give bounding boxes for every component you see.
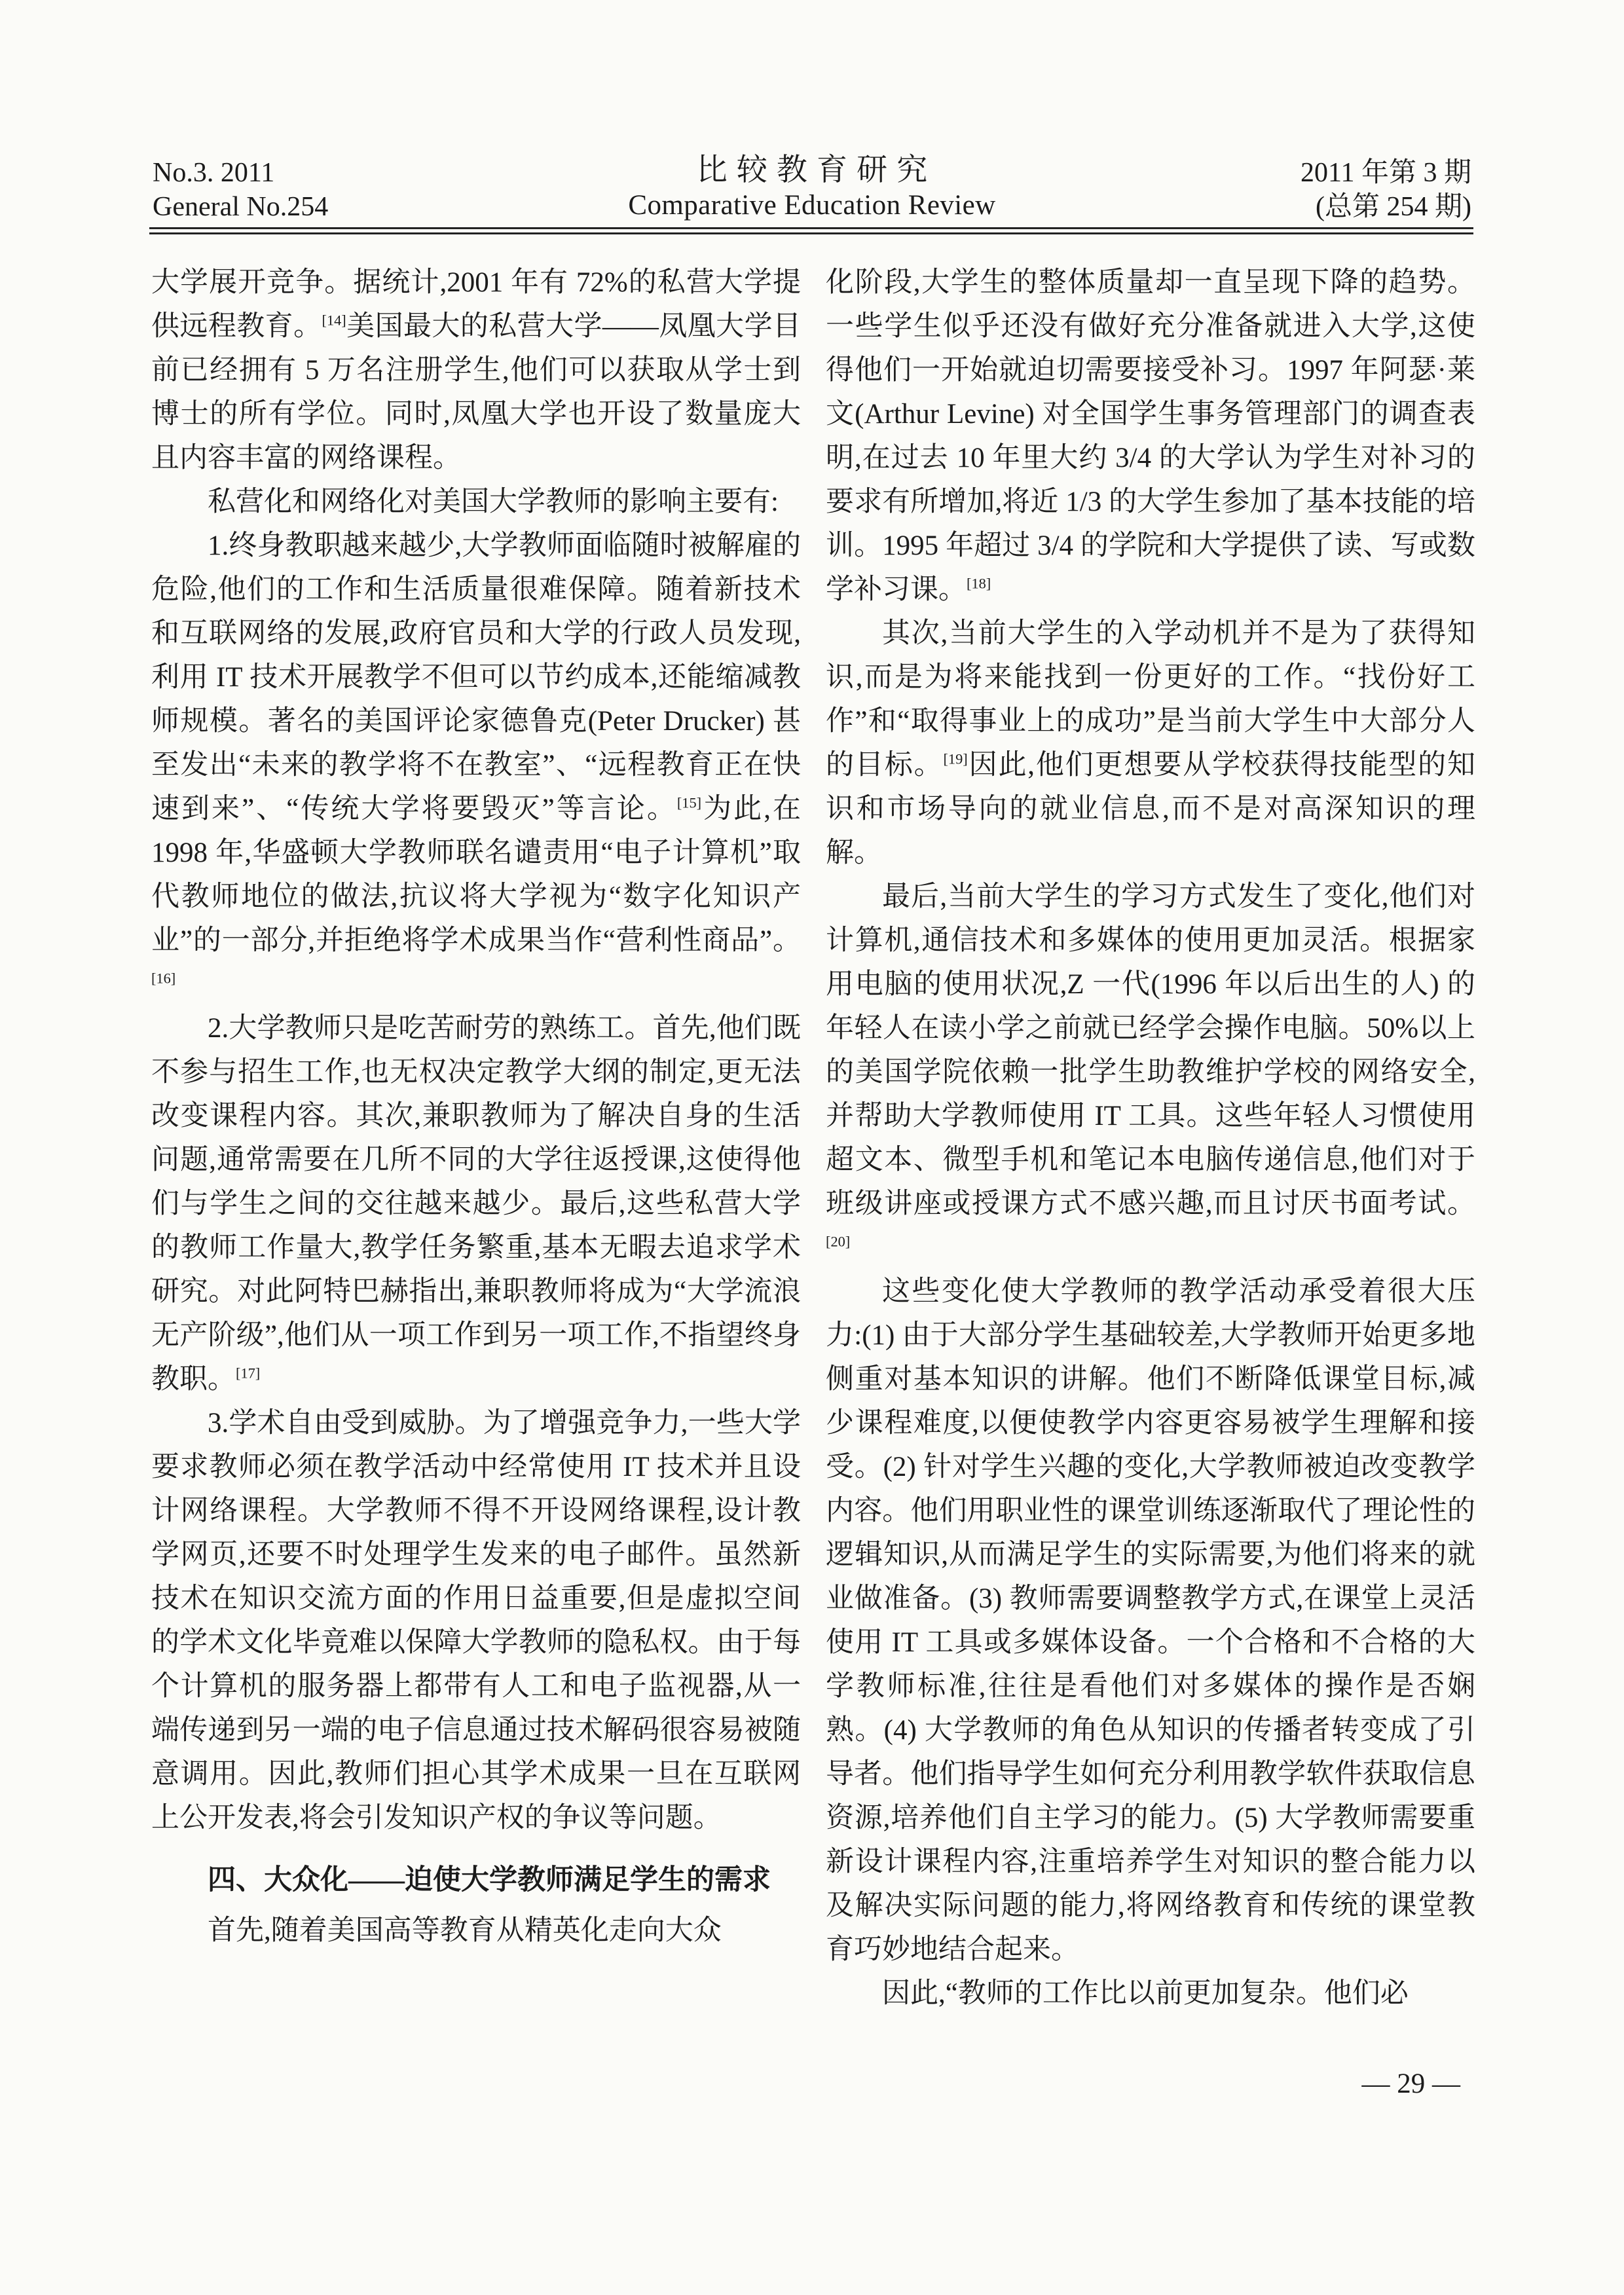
reference-marker: [19] <box>943 751 967 767</box>
body-paragraph: 3.学术自由受到威胁。为了增强竞争力,一些大学要求教师必须在教学活动中经常使用 … <box>151 1401 801 1840</box>
right-column: 化阶段,大学生的整体质量却一直呈现下降的趋势。一些学生似乎还没有做好充分准备就进… <box>826 261 1475 2015</box>
body-paragraph: 其次,当前大学生的入学动机并不是为了获得知识,而是为将来能找到一份更好的工作。“… <box>826 612 1475 875</box>
left-column: 大学展开竞争。据统计,2001 年有 72%的私营大学提供远程教育。[14]美国… <box>151 261 801 1953</box>
reference-marker: [20] <box>826 1234 850 1250</box>
page-number: — 29 — <box>1362 2068 1461 2101</box>
body-paragraph: 首先,随着美国高等教育从精英化走向大众 <box>151 1909 801 1953</box>
header-issue-info-cn: 2011 年第 3 期 (总第 254 期) <box>1301 156 1471 224</box>
issue-number-cn: 2011 年第 3 期 <box>1301 156 1471 190</box>
general-number-cn: (总第 254 期) <box>1301 190 1471 224</box>
body-paragraph: 私营化和网络化对美国大学教师的影响主要有: <box>151 480 801 524</box>
body-paragraph: 1.终身教职越来越少,大学教师面临随时被解雇的危险,他们的工作和生活质量很难保障… <box>151 524 801 1006</box>
header-divider-rule <box>149 227 1473 234</box>
reference-marker: [16] <box>151 970 175 987</box>
section-heading: 四、大众化——迫使大学教师满足学生的需求 <box>151 1858 801 1902</box>
body-paragraph: 化阶段,大学生的整体质量却一直呈现下降的趋势。一些学生似乎还没有做好充分准备就进… <box>826 261 1475 612</box>
body-paragraph: 最后,当前大学生的学习方式发生了变化,他们对计算机,通信技术和多媒体的使用更加灵… <box>826 875 1475 1270</box>
reference-marker: [18] <box>967 576 991 592</box>
body-paragraph: 2.大学教师只是吃苦耐劳的熟练工。首先,他们既不参与招生工作,也无权决定教学大纲… <box>151 1006 801 1401</box>
reference-marker: [14] <box>322 312 346 329</box>
reference-marker: [15] <box>677 795 701 811</box>
reference-marker: [17] <box>236 1365 260 1382</box>
body-paragraph: 因此,“教师的工作比以前更加复杂。他们必 <box>826 1972 1475 2015</box>
body-paragraph: 这些变化使大学教师的教学活动承受着很大压力:(1) 由于大部分学生基础较差,大学… <box>826 1270 1475 1972</box>
body-paragraph: 大学展开竞争。据统计,2001 年有 72%的私营大学提供远程教育。[14]美国… <box>151 261 801 480</box>
journal-page: No.3. 2011 General No.254 比较教育研究 Compara… <box>0 0 1624 2295</box>
